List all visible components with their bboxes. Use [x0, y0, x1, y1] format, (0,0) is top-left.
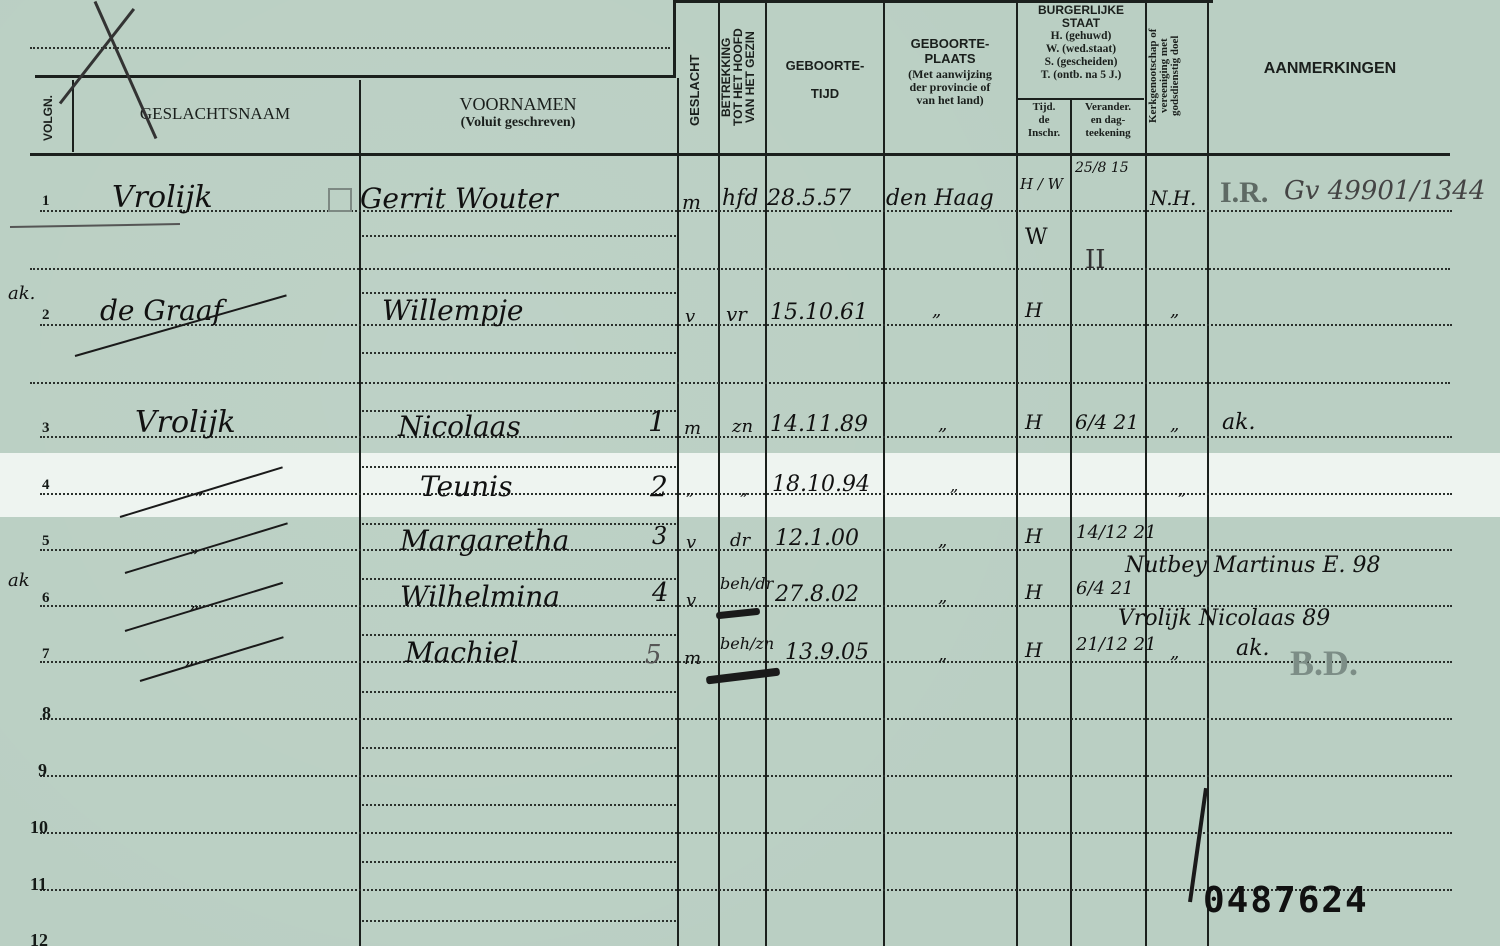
row-number-8: 8 [42, 703, 51, 724]
civil-annotation-w: W [1025, 225, 1048, 250]
header-betrekking-3: VAN HET GEZIN [743, 31, 757, 123]
row-line-8 [40, 718, 1452, 720]
header-burgerlijke-codes: H. (gehuwd) W. (wed.staat) S. (gescheide… [1018, 30, 1144, 82]
row-2-birth-date: 15.10.61 [770, 300, 868, 325]
row-1-sex: m [682, 190, 701, 214]
row-2-sex: v [685, 306, 695, 327]
row-3-order: 1 [648, 405, 666, 438]
header-geboorteplaats-sub: (Met aanwijzing der provincie of van het… [885, 68, 1015, 107]
row-number-9: 9 [38, 760, 47, 781]
row-6-civil: H [1025, 580, 1042, 604]
row-7-birth-place: „ [938, 644, 947, 665]
row-7-sex: m [684, 648, 701, 669]
row-1-ir-number: Gv 49901/1344 [1284, 176, 1485, 206]
row-number-12: 12 [30, 930, 48, 946]
row-number-7: 7 [42, 646, 50, 663]
col-line-kerk [1145, 0, 1147, 946]
row-6-sex: v [686, 590, 696, 611]
header-geboorteplaats-2: PLAATS [885, 51, 1015, 66]
row-line-1b [30, 268, 1450, 270]
row-4-birth-date: 18.10.94 [772, 472, 870, 497]
burgerlijke-sub-rule [1018, 98, 1144, 100]
row-number-11: 11 [30, 874, 47, 895]
row-4-church: „ [1178, 480, 1186, 499]
row-3-remarks: ak. [1222, 410, 1255, 435]
row-1-relation: hfd [722, 186, 758, 211]
col-line-verander [1070, 100, 1072, 946]
row-5-given: Margaretha [400, 524, 569, 557]
row-3-civil: H [1025, 410, 1042, 434]
row-5-relation: dr [730, 530, 750, 551]
header-cross-stroke-1 [59, 8, 135, 104]
row-1-birth-place: den Haag [886, 186, 994, 211]
row-2-birth-place: „ [932, 300, 941, 321]
row-7-birth-date: 13.9.05 [785, 640, 869, 665]
row-7-order: 5 [645, 640, 662, 670]
header-geboorteplaats-sub-3: van het land) [885, 94, 1015, 107]
header-geboorteplaats: GEBOORTE- PLAATS (Met aanwijzing der pro… [885, 36, 1015, 107]
col-line-geslacht [677, 78, 679, 946]
header-verander-3: teekening [1072, 127, 1144, 140]
row-6-order: 4 [652, 578, 669, 608]
header-frame-left [673, 0, 676, 78]
header-verander-1: Verander. [1072, 101, 1144, 114]
row-line-10 [40, 832, 1452, 834]
row-5-birth-place: „ [938, 530, 947, 551]
header-kerk-3: godsdienstig doel [1169, 36, 1181, 116]
header-volgn: VOLGN. [42, 86, 54, 150]
header-frame-top [673, 0, 1213, 3]
row-6-birth-place: „ [938, 586, 947, 607]
row-7-change: 21/12 21 [1076, 634, 1157, 655]
row-4-order: 2 [650, 470, 668, 503]
row-subline-4 [362, 466, 676, 468]
col-line-volgn [72, 80, 74, 152]
row-5-birth-date: 12.1.00 [775, 526, 859, 551]
header-tijd-inschr: Tijd. de Inschr. [1018, 101, 1070, 140]
row-3-birth-place: „ [938, 414, 947, 435]
row-4-given: Teunis [420, 470, 512, 503]
civil-annotation-roman: II [1085, 245, 1106, 275]
row-1-box-stamp [328, 188, 352, 212]
row-7-relation: beh/zn [720, 634, 774, 653]
row-subline-11 [362, 861, 676, 863]
header-burgerlijke-2: STAAT [1018, 17, 1144, 30]
row-6-birth-date: 27.8.02 [775, 582, 859, 607]
header-dotted-rule [30, 47, 670, 49]
row-subline-8 [362, 691, 676, 693]
row-4-sex: „ [686, 480, 694, 499]
row-2-given: Willempje [382, 294, 523, 327]
row-5-sex: v [686, 532, 696, 553]
row-7-church: „ [1170, 642, 1179, 663]
row-line-7 [40, 661, 1452, 663]
row-1-given: Gerrit Wouter [360, 182, 558, 215]
margin-note-row-2: ak. [8, 283, 35, 304]
row-7-stamp-bd: B.D. [1290, 642, 1358, 684]
row-subline-2b [362, 352, 676, 354]
registration-card: VOLGN. GESLACHTSNAAM VOORNAMEN (Voluit g… [0, 0, 1500, 946]
header-aanmerkingen: AANMERKINGEN [1210, 60, 1450, 78]
row-7-ditto-stroke [140, 636, 284, 682]
code-s: S. (gescheiden) [1018, 56, 1144, 69]
row-3-church: „ [1170, 414, 1179, 435]
code-h: H. (gehuwd) [1018, 30, 1144, 43]
row-1-surname: Vrolijk [112, 180, 213, 215]
row-5-surname: „ [190, 536, 199, 557]
header-geboorteplaats-1: GEBOORTE- [885, 36, 1015, 51]
header-betrekking: BETREKKING TOT HET HOOFD VAN HET GEZIN [720, 4, 764, 150]
card-number: 0487624 [1203, 880, 1369, 921]
row-line-2b [30, 382, 1450, 384]
row-number-10: 10 [30, 817, 48, 838]
margin-note-row-6: ak [8, 570, 30, 591]
row-1-birth-date: 28.5.57 [767, 186, 851, 211]
row-4-relation: „ [740, 480, 748, 499]
header-tijd-2: de [1018, 114, 1070, 127]
row-number-1: 1 [42, 193, 50, 210]
row-6-change: 6/4 21 [1076, 578, 1134, 599]
col-line-burgerlijke [1016, 0, 1018, 946]
row-subline-9 [362, 747, 676, 749]
row-6-relation-underline-mark [716, 608, 760, 620]
header-geboortetijd-1: GEBOORTE- [768, 52, 882, 80]
row-7-remarks: ak. [1236, 636, 1269, 661]
col-line-geboorteplaats [883, 0, 885, 946]
row-3-relation: zn [732, 416, 753, 437]
row-2-surname: de Graaf [100, 294, 223, 327]
row-3-change: 6/4 21 [1075, 410, 1139, 434]
row-3-given: Nicolaas [398, 410, 521, 443]
header-bottom-rule [30, 153, 1450, 156]
row-number-2: 2 [42, 307, 50, 324]
row-4-birth-place: „ [950, 476, 958, 495]
row-number-4: 4 [42, 477, 50, 494]
row-5-change: 14/12 21 [1076, 522, 1157, 543]
header-voornamen-title: VOORNAMEN [362, 94, 674, 115]
row-line-9 [40, 775, 1452, 777]
row-7-civil: H [1025, 638, 1042, 662]
header-tijd-1: Tijd. [1018, 101, 1070, 114]
code-w: W. (wed.staat) [1018, 43, 1144, 56]
row-1-change: 25/8 15 [1075, 160, 1129, 176]
row-2-civil: H [1025, 298, 1042, 322]
row-3-surname: Vrolijk [135, 405, 236, 440]
row-subline-10 [362, 804, 676, 806]
header-geslacht: GESLACHT [688, 30, 701, 150]
code-t: T. (ontb. na 5 J.) [1018, 69, 1144, 82]
row-1-civil: H / W [1020, 175, 1063, 193]
row-subline-12 [362, 920, 676, 922]
row-6-relation: beh/dr [720, 574, 773, 593]
row-3-sex: m [684, 418, 701, 439]
header-geboortetijd-2: TIJD [768, 80, 882, 108]
header-verander: Verander. en dag- teekening [1072, 101, 1144, 140]
header-voornamen-sub: (Voluit geschreven) [362, 115, 674, 131]
row-1-church: N.H. [1150, 186, 1196, 210]
row-1-stamp-ir: I.R. [1220, 176, 1268, 210]
row-2-church: „ [1170, 300, 1179, 321]
row-7-given: Machiel [405, 636, 519, 669]
header-tijd-3: Inschr. [1018, 127, 1070, 140]
header-burgerlijke-staat: BURGERLIJKE STAAT H. (gehuwd) W. (wed.st… [1018, 4, 1144, 82]
row-number-5: 5 [42, 533, 50, 550]
col-line-aanmerkingen [1207, 0, 1209, 946]
row-number-3: 3 [42, 420, 50, 437]
row-1-surname-underline [10, 223, 180, 228]
row-6-remarks: Vrolijk Nicolaas 89 [1118, 606, 1330, 631]
row-5-civil: H [1025, 524, 1042, 548]
header-geslachtsnaam: GESLACHTSNAAM [75, 104, 355, 124]
header-top-rule [35, 75, 675, 78]
header-voornamen: VOORNAMEN (Voluit geschreven) [362, 94, 674, 131]
row-5-remarks: Nutbey Martinus E. 98 [1125, 553, 1380, 578]
row-3-birth-date: 14.11.89 [770, 412, 868, 437]
header-kerkgenootschap: Kerkgenootschap of vereeniging met godsd… [1148, 4, 1206, 148]
row-5-order: 3 [652, 522, 667, 550]
row-6-given: Wilhelmina [400, 580, 560, 613]
row-2-relation: vr [726, 302, 747, 326]
row-number-6: 6 [42, 590, 50, 607]
col-line-geboortetijd [765, 0, 767, 946]
header-geboortetijd: GEBOORTE- TIJD [768, 52, 882, 108]
row-7-relation-underline-mark [706, 668, 780, 685]
row-subline-1 [362, 235, 676, 237]
header-verander-2: en dag- [1072, 114, 1144, 127]
row-4-surname: „ [195, 478, 204, 499]
